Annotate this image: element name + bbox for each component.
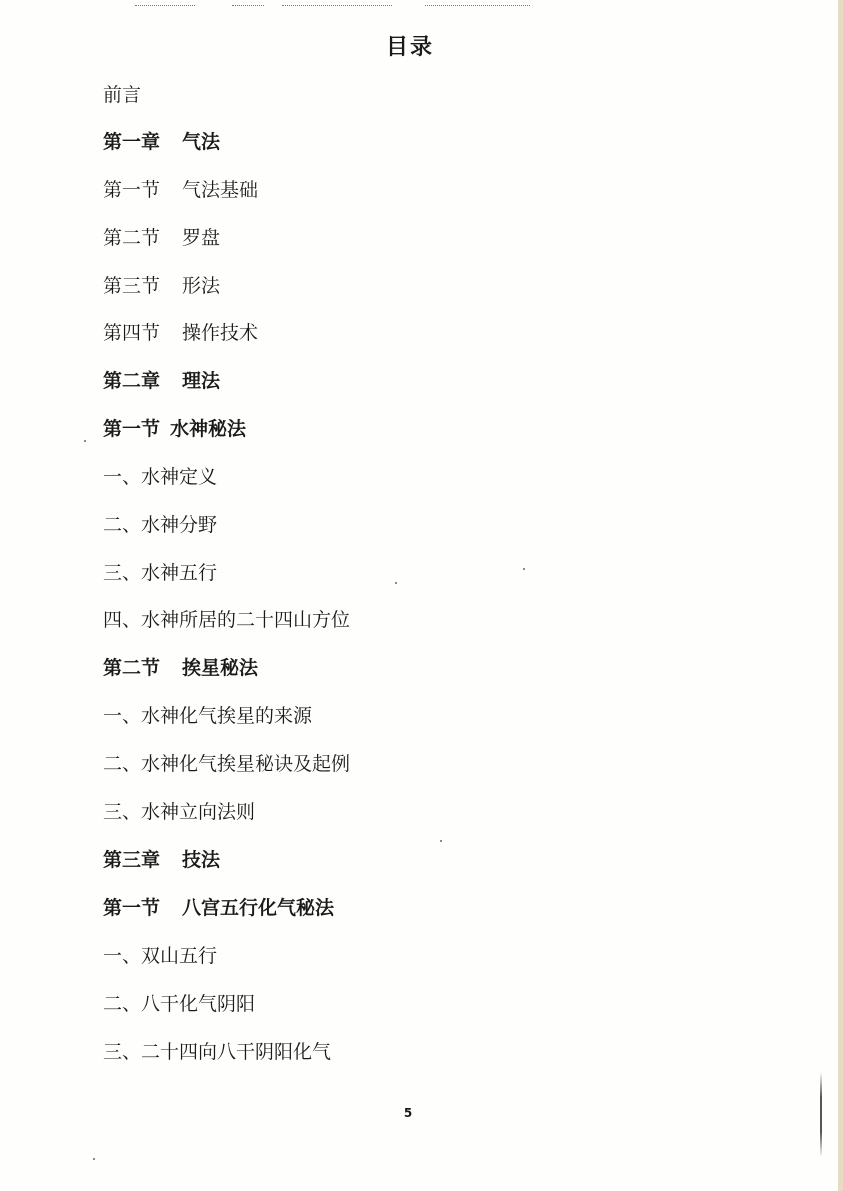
toc-entry-title: 挨星秘法 [182,657,258,679]
scan-artifact-line [820,1072,822,1157]
scan-speck [395,582,397,584]
page-title: 目录 [0,30,820,61]
toc-entry[interactable]: 第二章理法 [103,368,220,394]
toc-entry-title: 操作技术 [182,322,258,344]
toc-entry-number: 二、 [103,512,141,538]
page-number: 5 [400,1106,416,1120]
toc-entry[interactable]: 第三章技法 [103,847,220,873]
toc-entry[interactable]: 第二节挨星秘法 [103,655,258,681]
toc-entry-title: 水神立向法则 [141,801,255,823]
toc-entry[interactable]: 第三节形法 [103,273,220,299]
toc-entry[interactable]: 三、水神五行 [103,560,217,586]
toc-entry-number: 二、 [103,991,141,1017]
toc-entry-title: 水神秘法 [170,418,246,440]
toc-entry-number: 一、 [103,464,141,490]
toc-entry-number: 第三章 [103,847,160,873]
toc-entry[interactable]: 第一章气法 [103,129,220,155]
toc-entry-title: 形法 [182,275,220,297]
toc-entry-title: 水神五行 [141,562,217,584]
toc-entry-number: 第二章 [103,368,160,394]
toc-entry-number: 第一节 [103,416,160,442]
toc-entry[interactable]: 三、水神立向法则 [103,799,255,825]
toc-entry-number: 第二节 [103,225,160,251]
toc-entry[interactable]: 第一节水神秘法 [103,416,246,442]
toc-entry-number: 一、 [103,943,141,969]
header-remnant [282,0,392,6]
toc-entry[interactable]: 第二节罗盘 [103,225,220,251]
toc-entry-number: 第三节 [103,273,160,299]
toc-entry[interactable]: 三、二十四向八干阴阳化气 [103,1039,331,1065]
toc-entry-title: 水神分野 [141,514,217,536]
toc-entry[interactable]: 二、八干化气阴阳 [103,991,255,1017]
toc-entry-title: 水神定义 [141,466,217,488]
toc-entry[interactable]: 二、水神化气挨星秘诀及起例 [103,751,350,777]
toc-entry[interactable]: 第一节气法基础 [103,177,258,203]
toc-entry-number: 第一节 [103,895,160,921]
toc-entry-title: 水神化气挨星的来源 [141,705,312,727]
toc-entry-title: 理法 [182,370,220,392]
toc-entry-number: 三、 [103,560,141,586]
toc-entry-title: 双山五行 [141,945,217,967]
toc-entry[interactable]: 一、水神化气挨星的来源 [103,703,312,729]
scan-speck [523,568,525,570]
toc-entry-title: 水神所居的二十四山方位 [141,609,350,631]
toc-entry-title: 八宫五行化气秘法 [182,897,334,919]
toc-entry-number: 二、 [103,751,141,777]
toc-entry-number: 前言 [103,82,141,108]
toc-entry-number: 第二节 [103,655,160,681]
toc-entry[interactable]: 第四节操作技术 [103,320,258,346]
toc-entry[interactable]: 二、水神分野 [103,512,217,538]
scan-speck [93,1158,95,1160]
toc-entry-title: 二十四向八干阴阳化气 [141,1041,331,1063]
header-remnant [135,0,195,6]
toc-entry-title: 技法 [182,849,220,871]
toc-entry-title: 八干化气阴阳 [141,993,255,1015]
scan-speck [440,840,442,842]
toc-entry-number: 三、 [103,1039,141,1065]
toc-entry[interactable]: 第一节八宫五行化气秘法 [103,895,334,921]
toc-entry-title: 气法基础 [182,179,258,201]
toc-entry[interactable]: 一、双山五行 [103,943,217,969]
toc-entry-title: 罗盘 [182,227,220,249]
toc-entry-number: 第四节 [103,320,160,346]
toc-entry-title: 气法 [182,131,220,153]
toc-entry-number: 四、 [103,607,141,633]
toc-entry-number: 第一章 [103,129,160,155]
header-remnant [425,0,530,6]
scan-speck [84,440,86,442]
toc-entry-number: 三、 [103,799,141,825]
toc-entry-number: 一、 [103,703,141,729]
toc-entry[interactable]: 前言 [103,82,141,108]
toc-entry-number: 第一节 [103,177,160,203]
toc-entry[interactable]: 一、水神定义 [103,464,217,490]
toc-entry-title: 水神化气挨星秘诀及起例 [141,753,350,775]
page-edge [838,0,843,1191]
header-remnant [232,0,264,6]
toc-entry[interactable]: 四、水神所居的二十四山方位 [103,607,350,633]
